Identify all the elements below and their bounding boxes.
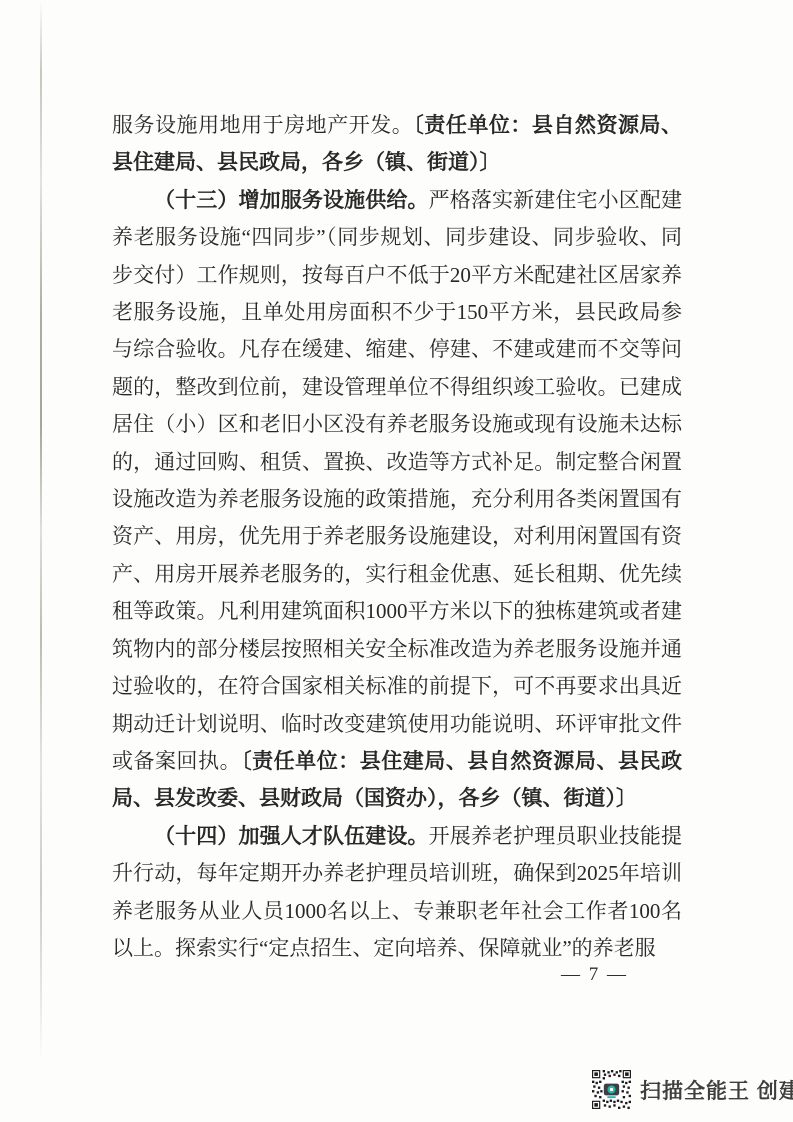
scan-artifact-line [40,0,42,1062]
text-run: 严格落实新建住宅小区配建养老服务设施“四同步”（同步规划、同步建设、同步验收、同… [112,188,682,773]
page-number: — 7 — [561,964,628,986]
paragraph: 服务设施用地用于房地产开发。〔责任单位：县自然资源局、县住建局、县民政局，各乡（… [112,107,682,182]
paragraph: （十四）加强人才队伍建设。开展养老护理员职业技能提升行动，每年定期开办养老护理员… [112,818,682,968]
document-body: 服务设施用地用于房地产开发。〔责任单位：县自然资源局、县住建局、县民政局，各乡（… [112,107,682,967]
bold-text-run: （十三）增加服务设施供给。 [154,188,429,212]
text-run: 服务设施用地用于房地产开发。 [112,113,413,137]
qr-code-icon [592,1070,631,1109]
camscanner-watermark: 扫描全能王 创建 [592,1070,793,1109]
scanned-document-page: 服务设施用地用于房地产开发。〔责任单位：县自然资源局、县住建局、县民政局，各乡（… [0,0,793,1122]
watermark-label: 扫描全能王 创建 [640,1075,793,1105]
paragraph: （十三）增加服务设施供给。严格落实新建住宅小区配建养老服务设施“四同步”（同步规… [112,182,682,818]
camera-glyph [603,1082,621,1099]
bold-text-run: （十四）加强人才队伍建设。 [154,824,429,848]
